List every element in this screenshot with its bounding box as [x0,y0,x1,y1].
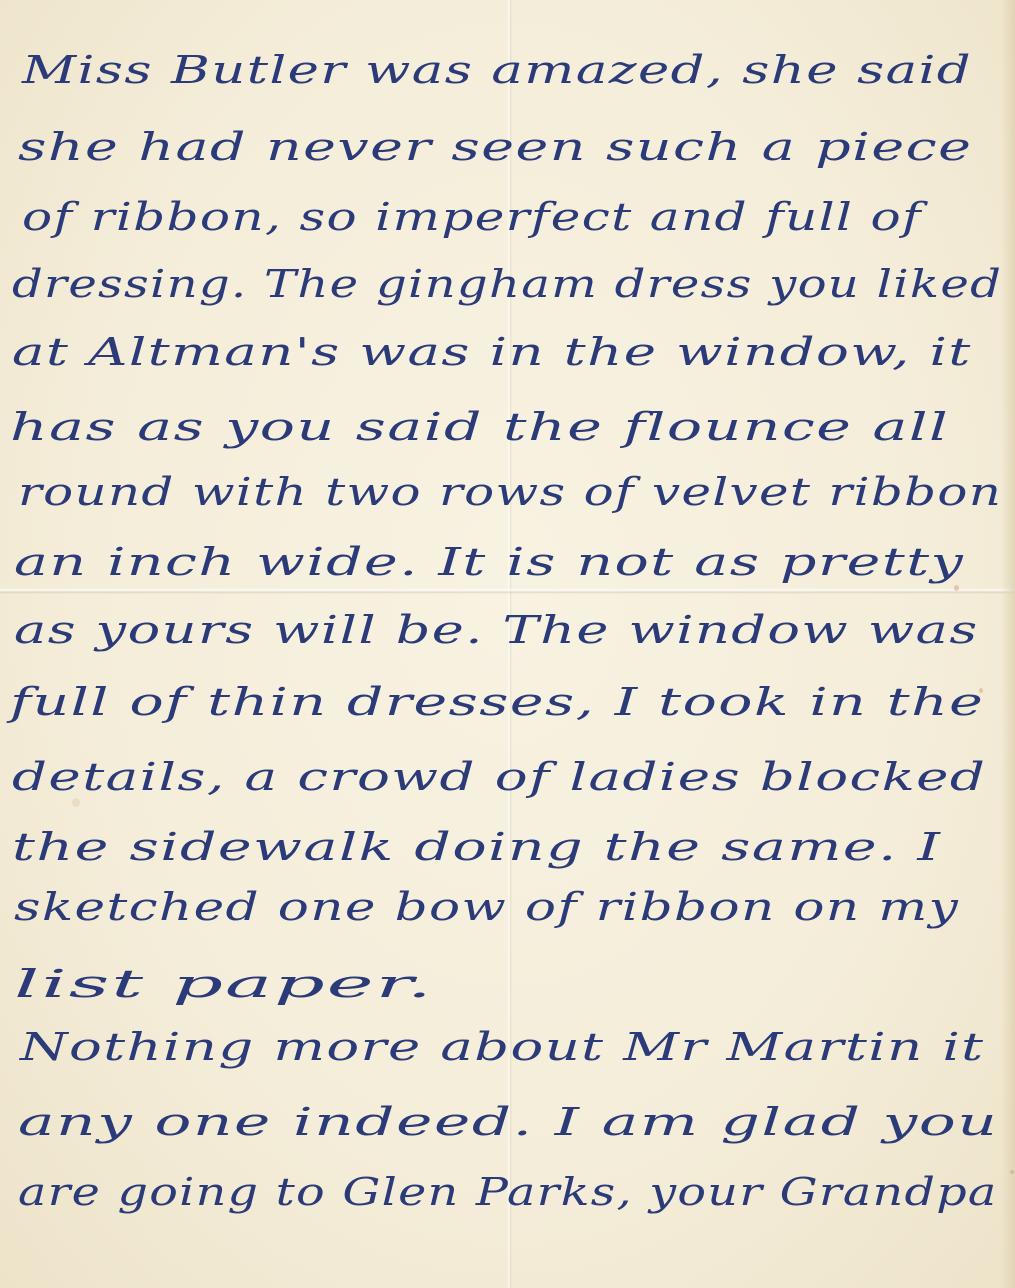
handwritten-line: of ribbon, so imperfect and full of [22,195,922,239]
handwritten-line: Miss Butler was amazed, she said [22,48,972,92]
handwritten-line: she had never seen such a piece [18,125,972,169]
handwritten-line: details, a crowd of ladies blocked [12,755,986,799]
handwritten-line: dressing. The gingham dress you liked [12,262,1002,306]
handwritten-line: list paper. [14,962,434,1006]
horizontal-fold-crease [0,588,1015,594]
foxing-spot [954,585,959,591]
handwritten-line: as yours will be. The window was [14,608,979,652]
foxing-spot [1010,1170,1014,1174]
handwritten-line: any one indeed. I am glad you [18,1100,998,1144]
paper-right-edge [1001,0,1015,1288]
foxing-spot [72,798,80,807]
handwritten-line: at Altman's was in the window, it [12,330,972,374]
handwritten-line: round with two rows of velvet ribbon [18,470,1002,514]
handwritten-line: an inch wide. It is not as pretty [14,540,964,584]
handwritten-line: sketched one bow of ribbon on my [14,885,959,929]
handwritten-line: are going to Glen Parks, your Grandpa [18,1170,998,1214]
handwritten-line: Nothing more about Mr Martin it [20,1025,984,1069]
letter-page: Miss Butler was amazed, she said she had… [0,0,1015,1288]
handwritten-line: has as you said the flounce all [10,405,949,449]
handwritten-line: the sidewalk doing the same. I [12,825,941,869]
handwritten-line: full of thin dresses, I took in the [10,680,984,724]
